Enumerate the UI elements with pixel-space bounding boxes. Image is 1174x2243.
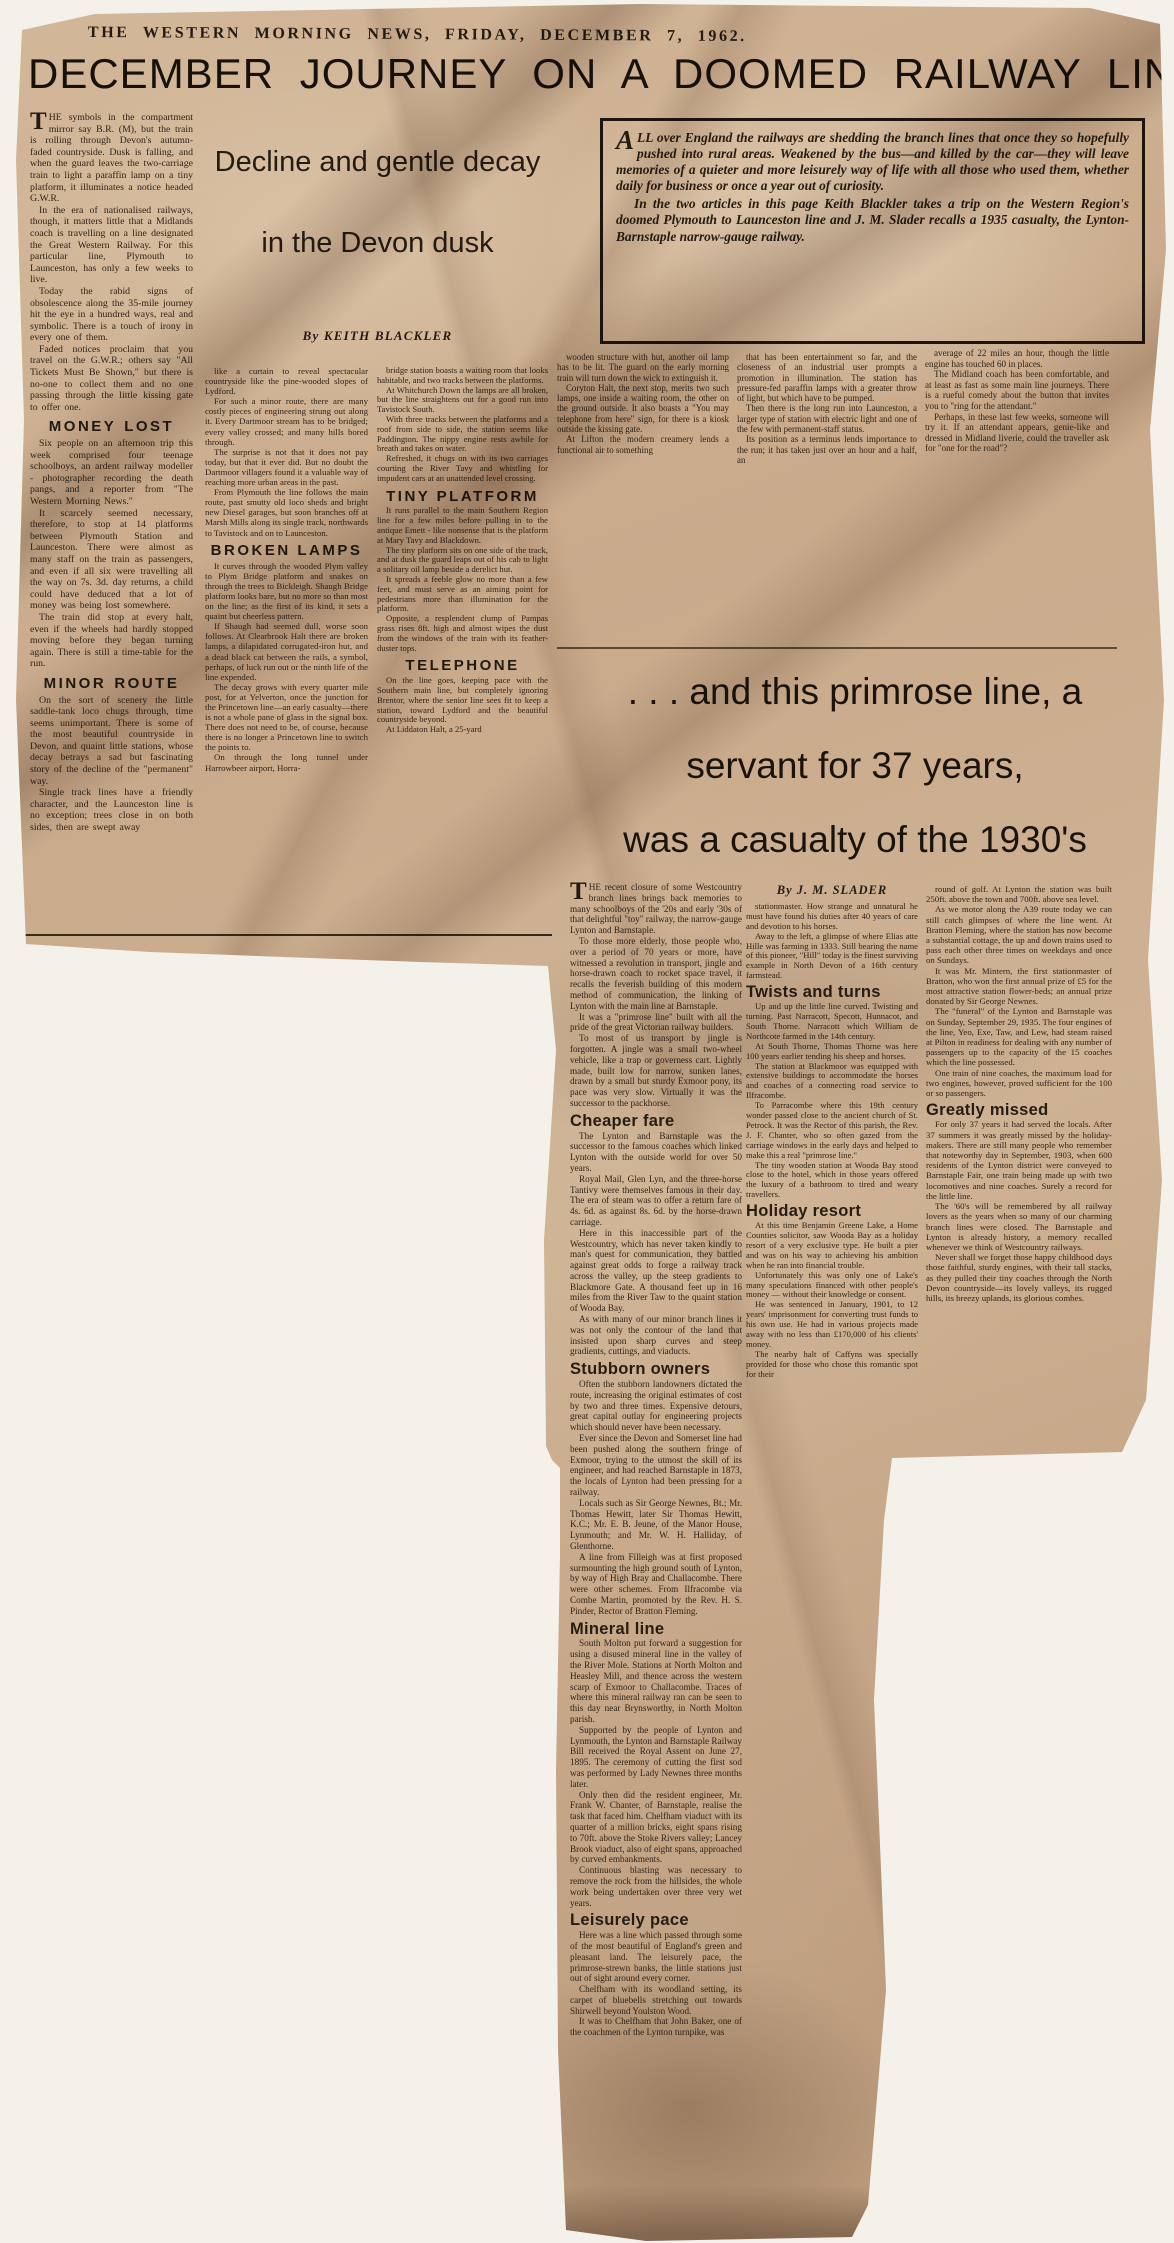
paragraph: The tiny platform sits on one side of th… [377, 546, 548, 575]
paragraph: The surprise is not that it does not pay… [205, 447, 368, 487]
paragraph: Single track lines have a friendly chara… [30, 787, 193, 833]
section-heading-twists-and-turns: Twists and turns [746, 988, 918, 998]
paragraph: On through the long tunnel under Harrowb… [205, 752, 368, 772]
article2-headline-line-3: was a casualty of the 1930's [555, 803, 1155, 877]
subheadline-line-1: Decline and gentle decay [205, 146, 550, 179]
paragraph: Away to the left, a glimpse of where Eli… [746, 932, 918, 982]
paragraph: It runs parallel to the main Southern Re… [377, 506, 548, 545]
paragraph: At this time Benjamin Greene Lake, a Hom… [746, 1221, 918, 1271]
paragraph: Perhaps, in these last few weeks, someon… [925, 412, 1109, 454]
paragraph: Continuous blasting was necessary to rem… [570, 1865, 742, 1908]
article2-byline: By J. M. SLADER [746, 886, 918, 896]
paragraph: On the sort of scenery the little saddle… [30, 695, 193, 788]
paragraph: One train of nine coaches, the maximum l… [926, 1068, 1112, 1099]
paragraph: Often the stubborn landowners dictated t… [570, 1379, 742, 1433]
paragraph: Unfortunately this was only one of Lake'… [746, 1271, 918, 1301]
section-heading-cheaper-fare: Cheaper fare [570, 1116, 742, 1127]
article1-subheadline: Decline and gentle decay in the Devon du… [205, 146, 550, 260]
column-b: By J. M. SLADER stationmaster. How stran… [746, 884, 918, 1448]
paragraph: It was Mr. Mintern, the first stationmas… [926, 966, 1112, 1007]
paragraph: To Parracombe where this 19th century wo… [746, 1101, 918, 1160]
paragraph: Refreshed, it chugs on with its two carr… [377, 454, 548, 483]
paragraph: At Liddaton Halt, a 25-yard [377, 725, 548, 735]
paragraph: The decay grows with every quarter mile … [205, 682, 368, 753]
paragraph: Coryton Halt, the next stop, merits two … [557, 383, 729, 434]
section-heading-holiday-resort: Holiday resort [746, 1207, 918, 1217]
section-heading-leisurely-pace: Leisurely pace [570, 1915, 742, 1926]
paragraph: For such a minor route, there are many c… [205, 396, 368, 446]
section-heading-mineral-line: Mineral line [570, 1624, 742, 1635]
bottom-rule-left-block [25, 934, 552, 936]
subheadline-line-2: in the Devon dusk [205, 227, 550, 260]
paragraph: The '60's will be remembered by all rail… [926, 1201, 1112, 1252]
paragraph: Then there is the long run into Launcest… [737, 403, 917, 434]
paragraph: Opposite, a resplendent clump of Pampas … [377, 614, 548, 653]
paragraph: In the era of nationalised railways, tho… [30, 205, 193, 286]
section-heading-money-lost: MONEY LOST [30, 421, 193, 433]
paragraph: A line from Filleigh was at first propos… [570, 1552, 742, 1617]
paragraph: like a curtain to reveal spectacular cou… [205, 366, 368, 396]
article2-headline: . . . and this primrose line, a servant … [555, 655, 1155, 877]
paragraph: With three tracks between the platforms … [377, 415, 548, 454]
column-6: average of 22 miles an hour, though the … [925, 348, 1109, 644]
column-1-intro: THE symbols in the compartment mirror sa… [30, 112, 193, 413]
paragraph: At Whitchurch Down the lamps are all bro… [377, 386, 548, 415]
paragraph: Chelfham with its woodland setting, its … [570, 1984, 742, 2016]
paragraph: average of 22 miles an hour, though the … [925, 348, 1109, 369]
paragraph: As we motor along the A39 route today we… [926, 904, 1112, 965]
paragraph: Its position as a terminus lends importa… [737, 434, 917, 465]
intro-box-second: In the two articles in this page Keith B… [616, 196, 1129, 244]
paragraph: wooden structure with hut, another oil l… [557, 352, 729, 383]
paragraph: Supported by the people of Lynton and Ly… [570, 1725, 742, 1790]
section-heading-stubborn-owners: Stubborn owners [570, 1364, 742, 1375]
paragraph: The tiny wooden station at Wooda Bay sto… [746, 1161, 918, 1201]
section-heading-greatly-missed: Greatly missed [926, 1105, 1112, 1115]
article2-headline-line-2: servant for 37 years, [555, 729, 1155, 803]
paragraph: It curves through the wooded Plym valley… [205, 561, 368, 622]
intro-box: ALL over England the railways are sheddi… [600, 118, 1145, 344]
paragraph: The nearby halt of Caffyns was specially… [746, 1350, 918, 1380]
paragraph: THE symbols in the compartment mirror sa… [30, 112, 193, 205]
column-4: wooden structure with hut, another oil l… [557, 352, 729, 644]
paragraph: It spreads a feeble glow no more than a … [377, 575, 548, 614]
column-1: THE symbols in the compartment mirror sa… [30, 112, 193, 940]
paragraph: The station at Blackmoor was equipped wi… [746, 1062, 918, 1102]
article1-byline: By KEITH BLACKLER [205, 328, 550, 344]
column-c: round of golf. At Lynton the station was… [926, 884, 1112, 1450]
column-5: that has been entertainment so far, and … [737, 352, 917, 644]
intro-box-lead: ALL over England the railways are sheddi… [616, 130, 1129, 194]
column-a-strip: THE recent closure of some Westcountry b… [570, 882, 742, 2230]
paragraph: At Lifton the modern creamery lends a fu… [557, 434, 729, 455]
paragraph: Never shall we forget those happy childh… [926, 1252, 1112, 1303]
paragraph: Here was a line which passed through som… [570, 1930, 742, 1984]
paragraph: stationmaster. How strange and unnatural… [746, 902, 918, 932]
paragraph: The train did stop at every halt, even i… [30, 612, 193, 670]
masthead: THE WESTERN MORNING NEWS, FRIDAY, DECEMB… [88, 24, 888, 47]
paragraph: On the line goes, keeping pace with the … [377, 676, 548, 725]
paragraph: At South Thorne, Thomas Thorne was here … [746, 1042, 918, 1062]
paragraph: It was a "primrose line" built with all … [570, 1012, 742, 1034]
newspaper-clipping: THE WESTERN MORNING NEWS, FRIDAY, DECEMB… [0, 0, 1174, 2243]
paragraph: Six people on an afternoon trip this wee… [30, 438, 193, 508]
paragraph: THE recent closure of some Westcountry b… [570, 882, 742, 936]
main-headline: DECEMBER JOURNEY ON A DOOMED RAILWAY LIN… [28, 50, 1156, 98]
paragraph: The Midland coach has been comfortable, … [925, 369, 1109, 411]
paragraph: Today the rabid signs of obsolescence al… [30, 286, 193, 344]
column-3: bridge station boasts a waiting room tha… [377, 366, 548, 940]
paragraph: Royal Mail, Glen Lyn, and the three-hors… [570, 1174, 742, 1228]
paragraph: He was sentenced in January, 1901, to 12… [746, 1300, 918, 1350]
paragraph: Up and up the little line curved. Twisti… [746, 1002, 918, 1042]
paragraph: that has been entertainment so far, and … [737, 352, 917, 403]
paragraph: bridge station boasts a waiting room tha… [377, 366, 548, 386]
paragraph: Locals such as Sir George Newnes, Bt.; M… [570, 1498, 742, 1552]
paragraph: It scarcely seemed necessary, therefore,… [30, 508, 193, 612]
paragraph: As with many of our minor branch lines i… [570, 1314, 742, 1357]
section-heading-broken-lamps: BROKEN LAMPS [205, 546, 368, 556]
paragraph: Faded notices proclaim that you travel o… [30, 344, 193, 414]
paragraph: To those more elderly, those people who,… [570, 936, 742, 1012]
paragraph: South Molton put forward a suggestion fo… [570, 1638, 742, 1724]
article2-intro: THE recent closure of some Westcountry b… [570, 882, 742, 1109]
section-heading-telephone: TELEPHONE [377, 661, 548, 671]
paragraph: From Plymouth the line follows the main … [205, 487, 368, 537]
column-2: like a curtain to reveal spectacular cou… [205, 366, 368, 940]
paragraph: The "funeral" of the Lynton and Barnstap… [926, 1006, 1112, 1067]
paragraph: For only 37 years it had served the loca… [926, 1119, 1112, 1201]
paragraph: Only then did the resident engineer, Mr.… [570, 1790, 742, 1866]
article2-headline-line-1: . . . and this primrose line, a [555, 655, 1155, 729]
paragraph: Ever since the Devon and Somerset line h… [570, 1433, 742, 1498]
paragraph: If Shaugh had seemed dull, worse soon fo… [205, 621, 368, 682]
section-heading-minor-route: MINOR ROUTE [30, 678, 193, 690]
paragraph: round of golf. At Lynton the station was… [926, 884, 1112, 904]
paragraph: To most of us transport by jingle is for… [570, 1033, 742, 1109]
paragraph: Here in this inaccessible part of the We… [570, 1228, 742, 1314]
paragraph: The Lynton and Barnstaple was the succes… [570, 1131, 742, 1174]
rule-under-columns-4-6 [557, 647, 1117, 649]
paragraph: It was to Chelfham that John Baker, one … [570, 2016, 742, 2038]
section-heading-tiny-platform: TINY PLATFORM [377, 492, 548, 502]
